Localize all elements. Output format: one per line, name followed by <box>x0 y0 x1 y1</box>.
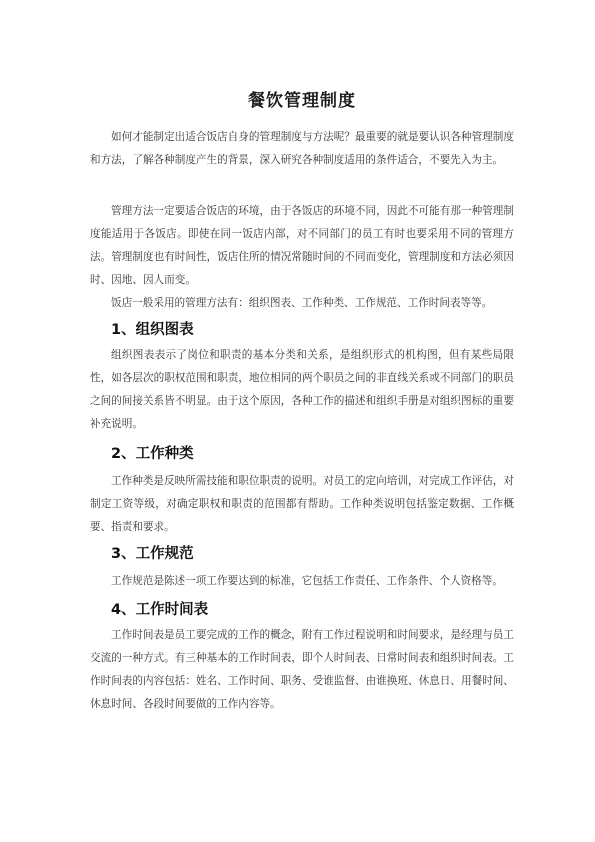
section-heading-1: 1、组织图表 <box>111 318 194 339</box>
section-heading-4: 4、工作时间表 <box>111 598 208 619</box>
section-body-3: 工作规范是陈述一项工作要达到的标准，它包括工作责任、工作条件、个人资格等。 <box>90 570 514 593</box>
page-title: 餐饮管理制度 <box>90 86 514 111</box>
intro-paragraph-3: 饭店一般采用的管理方法有：组织图表、工作种类、工作规范、工作时间表等等。 <box>90 292 514 315</box>
section-body-1: 组织图表表示了岗位和职责的基本分类和关系，是组织形式的机构图，但有某些局限性，如… <box>90 344 514 436</box>
section-heading-3: 3、工作规范 <box>111 542 194 563</box>
section-body-4: 工作时间表是员工要完成的工作的概念，附有工作过程说明和时间要求，是经理与员工交流… <box>90 624 514 716</box>
intro-paragraph-2: 管理方法一定要适合饭店的环境，由于各饭店的环境不同，因此不可能有那一种管理制度能… <box>90 200 514 292</box>
section-heading-2: 2、工作种类 <box>111 442 194 463</box>
intro-paragraph-1: 如何才能制定出适合饭店自身的管理制度与方法呢？最重要的就是要认识各种管理制度和方… <box>90 126 514 172</box>
section-body-2: 工作种类是反映所需技能和职位职责的说明。对员工的定向培训，对完成工作评估，对制定… <box>90 470 514 539</box>
